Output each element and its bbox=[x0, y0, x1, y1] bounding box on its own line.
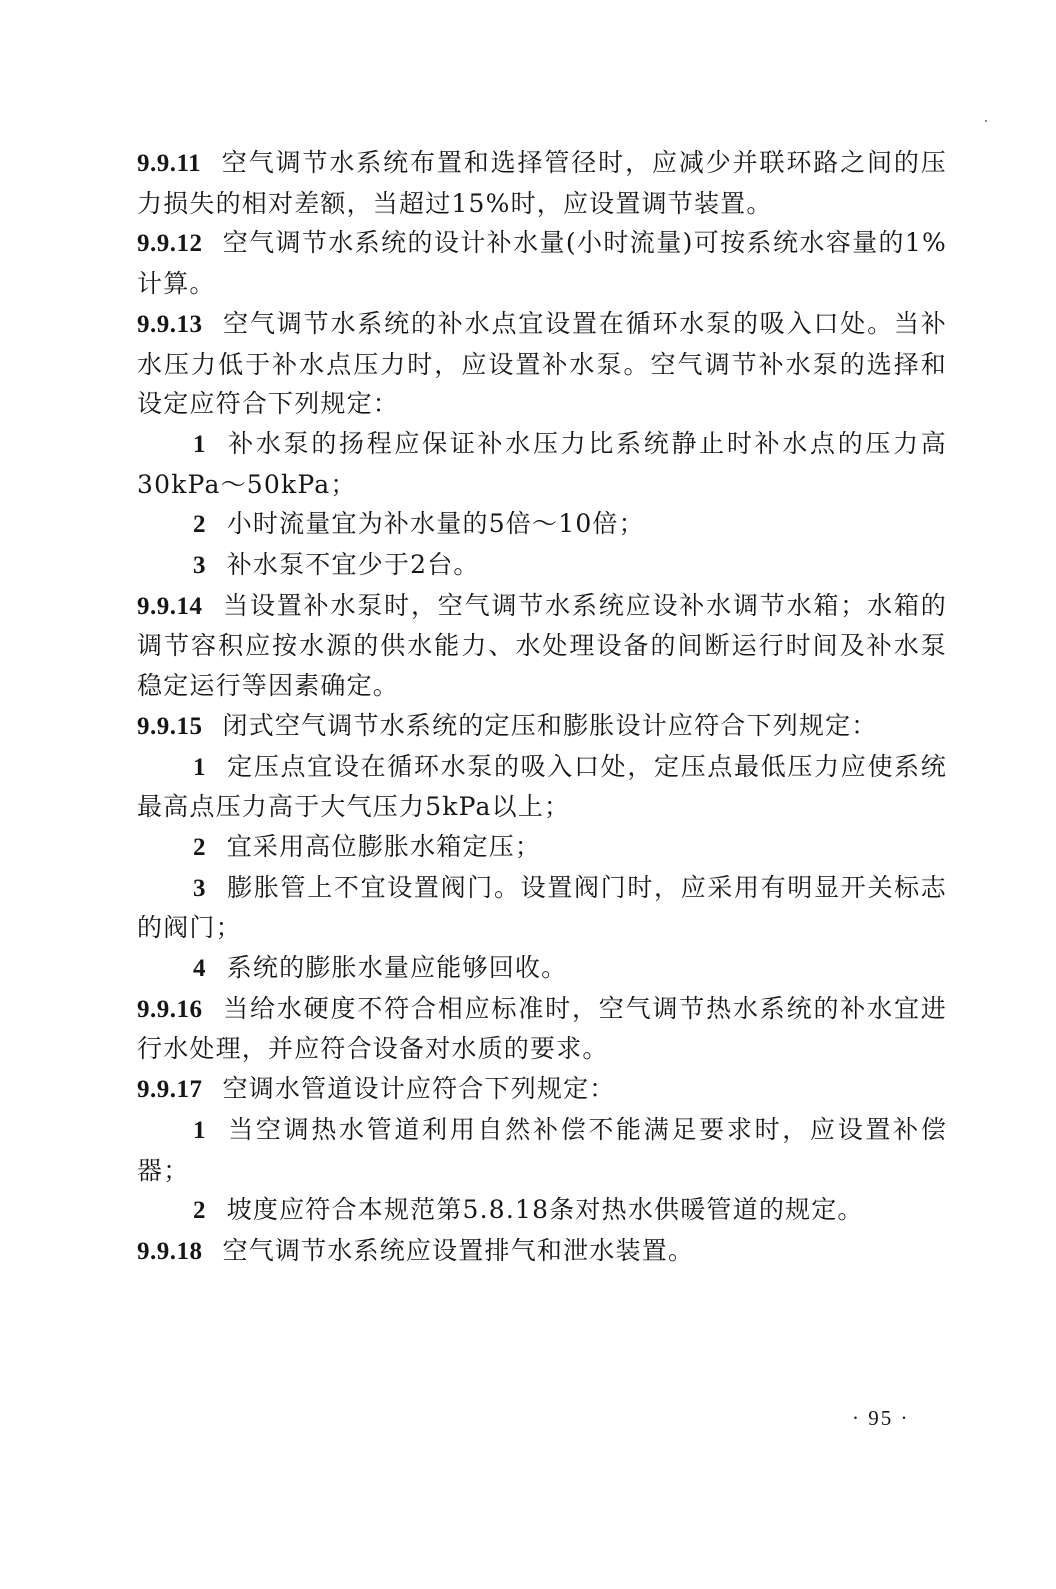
item-text: 系统的膨胀水量应能够回收。 bbox=[227, 953, 568, 982]
clause-number: 9.9.17 bbox=[137, 1076, 203, 1103]
clause-number: 9.9.12 bbox=[137, 230, 203, 257]
clause-9-9-12: 9.9.12空气调节水系统的设计补水量(小时流量)可按系统水容量的1%计算。 bbox=[137, 223, 947, 303]
list-item: 2坡度应符合本规范第5.8.18条对热水供暖管道的规定。 bbox=[137, 1190, 947, 1231]
list-item: 1补水泵的扬程应保证补水压力比系统静止时补水点的压力高30kPa～50kPa； bbox=[137, 424, 947, 504]
clause-number: 9.9.14 bbox=[137, 593, 203, 620]
list-item: 1当空调热水管道利用自然补偿不能满足要求时，应设置补偿器； bbox=[137, 1110, 947, 1190]
list-item: 1定压点宜设在循环水泵的吸入口处，定压点最低压力应使系统最高点压力高于大气压力5… bbox=[137, 747, 947, 827]
clause-text: 空气调节水系统应设置排气和泄水装置。 bbox=[223, 1236, 695, 1265]
clause-text: 当给水硬度不符合相应标准时，空气调节热水系统的补水宜进行水处理，并应符合设备对水… bbox=[137, 994, 947, 1064]
item-text: 当空调热水管道利用自然补偿不能满足要求时，应设置补偿器； bbox=[137, 1115, 947, 1185]
clause-number: 9.9.13 bbox=[137, 311, 203, 338]
clause-9-9-17: 9.9.17空调水管道设计应符合下列规定： bbox=[137, 1069, 947, 1110]
item-number: 2 bbox=[193, 834, 207, 861]
item-number: 2 bbox=[193, 1197, 207, 1224]
clause-9-9-14: 9.9.14当设置补水泵时，空气调节水系统应设补水调节水箱；水箱的调节容积应按水… bbox=[137, 586, 947, 706]
clause-9-9-15: 9.9.15闭式空气调节水系统的定压和膨胀设计应符合下列规定： bbox=[137, 706, 947, 747]
item-text: 宜采用高位膨胀水箱定压； bbox=[227, 832, 541, 861]
item-number: 4 bbox=[193, 955, 207, 982]
item-number: 1 bbox=[193, 1117, 207, 1144]
clause-text: 闭式空气调节水系统的定压和膨胀设计应符合下列规定： bbox=[223, 711, 878, 740]
clause-number: 9.9.11 bbox=[137, 150, 201, 177]
clause-9-9-18: 9.9.18空气调节水系统应设置排气和泄水装置。 bbox=[137, 1231, 947, 1272]
item-number: 3 bbox=[193, 875, 207, 902]
item-text: 补水泵的扬程应保证补水压力比系统静止时补水点的压力高30kPa～50kPa； bbox=[137, 429, 947, 499]
list-item: 2宜采用高位膨胀水箱定压； bbox=[137, 827, 947, 868]
page-number: · 95 · bbox=[852, 1406, 910, 1431]
clause-9-9-13: 9.9.13空气调节水系统的补水点宜设置在循环水泵的吸入口处。当补水压力低于补水… bbox=[137, 304, 947, 424]
item-number: 1 bbox=[193, 754, 207, 781]
document-body: 9.9.11空气调节水系统布置和选择管径时，应减少并联环路之间的压力损失的相对差… bbox=[137, 143, 947, 1272]
list-item: 2小时流量宜为补水量的5倍～10倍； bbox=[137, 504, 947, 545]
clause-text: 空调水管道设计应符合下列规定： bbox=[223, 1074, 616, 1103]
item-text: 坡度应符合本规范第5.8.18条对热水供暖管道的规定。 bbox=[227, 1195, 864, 1224]
item-number: 2 bbox=[193, 511, 207, 538]
item-text: 补水泵不宜少于2台。 bbox=[227, 550, 480, 579]
item-text: 小时流量宜为补水量的5倍～10倍； bbox=[227, 509, 645, 538]
scan-speck bbox=[985, 120, 987, 122]
list-item: 4系统的膨胀水量应能够回收。 bbox=[137, 948, 947, 989]
item-number: 3 bbox=[193, 552, 207, 579]
clause-text: 空气调节水系统的设计补水量(小时流量)可按系统水容量的1%计算。 bbox=[137, 228, 947, 298]
clause-number: 9.9.18 bbox=[137, 1238, 203, 1265]
list-item: 3补水泵不宜少于2台。 bbox=[137, 545, 947, 586]
clause-text: 当设置补水泵时，空气调节水系统应设补水调节水箱；水箱的调节容积应按水源的供水能力… bbox=[137, 591, 947, 700]
clause-9-9-16: 9.9.16当给水硬度不符合相应标准时，空气调节热水系统的补水宜进行水处理，并应… bbox=[137, 989, 947, 1069]
clause-text: 空气调节水系统的补水点宜设置在循环水泵的吸入口处。当补水压力低于补水点压力时，应… bbox=[137, 309, 947, 418]
item-number: 1 bbox=[193, 431, 207, 458]
list-item: 3膨胀管上不宜设置阀门。设置阀门时，应采用有明显开关标志的阀门； bbox=[137, 868, 947, 948]
clause-number: 9.9.15 bbox=[137, 713, 203, 740]
clause-9-9-11: 9.9.11空气调节水系统布置和选择管径时，应减少并联环路之间的压力损失的相对差… bbox=[137, 143, 947, 223]
clause-number: 9.9.16 bbox=[137, 996, 203, 1023]
clause-text: 空气调节水系统布置和选择管径时，应减少并联环路之间的压力损失的相对差额，当超过1… bbox=[137, 148, 947, 218]
item-text: 膨胀管上不宜设置阀门。设置阀门时，应采用有明显开关标志的阀门； bbox=[137, 873, 947, 943]
item-text: 定压点宜设在循环水泵的吸入口处，定压点最低压力应使系统最高点压力高于大气压力5k… bbox=[137, 752, 947, 822]
